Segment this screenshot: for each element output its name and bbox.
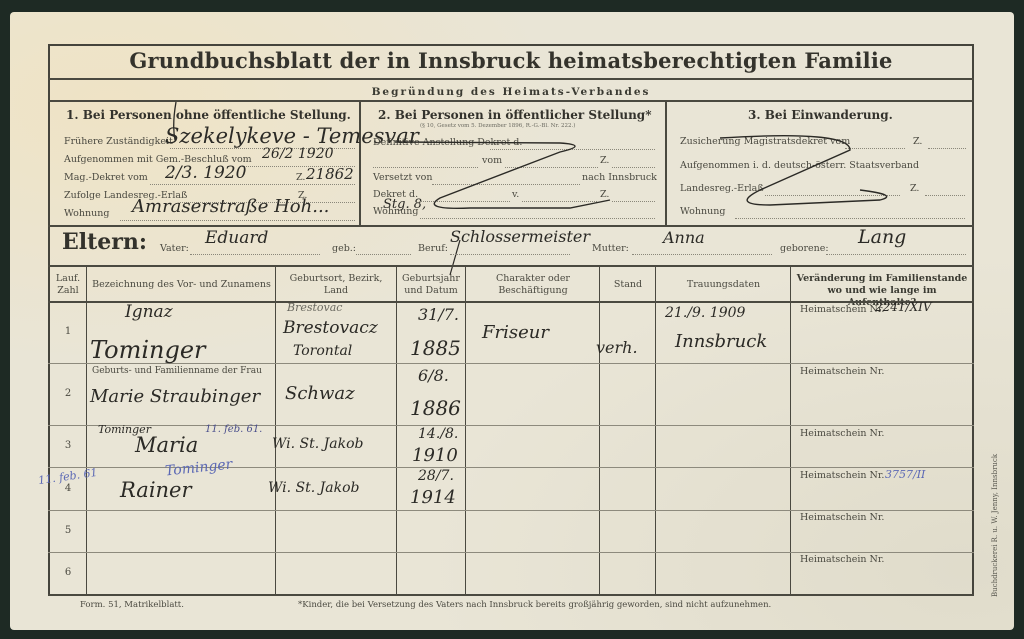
father-value: Eduard bbox=[205, 228, 268, 248]
born-label: geb.: bbox=[332, 243, 356, 254]
row1-last-name: Tominger bbox=[90, 336, 206, 364]
column-line bbox=[599, 267, 600, 595]
printer-imprint: Buchdruckerei R. u. W. Jenny, Innsbruck bbox=[985, 470, 997, 600]
row1-heimatschein-nr: 2241/XIV bbox=[875, 300, 932, 314]
row-line bbox=[48, 425, 974, 426]
header-divider bbox=[48, 301, 974, 303]
row1-year: 1885 bbox=[410, 336, 461, 360]
occupation-value: Schlossermeister bbox=[450, 227, 590, 246]
divider bbox=[48, 265, 974, 267]
dotted-line bbox=[826, 254, 966, 255]
form-number: Form. 51, Matrikelblatt. bbox=[80, 600, 184, 610]
row1-birthplace: Brestovacz bbox=[283, 318, 378, 338]
heimatschein-label: Heimatschein Nr. bbox=[800, 304, 884, 315]
row1-occupation: Friseur bbox=[482, 322, 549, 343]
row4-name: Rainer bbox=[120, 478, 192, 502]
row-line bbox=[48, 552, 974, 553]
row-number: 3 bbox=[53, 440, 83, 451]
maiden-value: Lang bbox=[858, 226, 906, 248]
row1-status: verh. bbox=[596, 338, 638, 357]
row2-birthplace: Schwaz bbox=[285, 383, 355, 404]
heimatschein-label: Heimatschein Nr. bbox=[800, 428, 884, 439]
dotted-line bbox=[450, 254, 570, 255]
column-line bbox=[465, 267, 466, 595]
dotted-line bbox=[356, 254, 411, 255]
row-number: 4 bbox=[53, 483, 83, 494]
column-line bbox=[275, 267, 276, 595]
row3-year: 1910 bbox=[412, 445, 458, 466]
row3-date-note: 11. feb. 61. bbox=[205, 424, 262, 435]
column-header-number: Lauf. Zahl bbox=[50, 273, 86, 297]
row1-first-name: Ignaz bbox=[125, 302, 173, 322]
heimatschein-label: Heimatschein Nr. bbox=[800, 470, 884, 481]
row3-name: Maria bbox=[135, 433, 198, 457]
column-header-name: Bezeichnung des Vor- und Zunamens bbox=[88, 279, 275, 291]
column-header-wedding: Trauungsdaten bbox=[657, 279, 790, 291]
row-number: 2 bbox=[53, 388, 83, 399]
row1-wedding-date: 21./9. 1909 bbox=[665, 305, 745, 321]
row2-year: 1886 bbox=[410, 396, 461, 420]
column-header-status: Stand bbox=[601, 279, 655, 291]
parents-heading: Eltern: bbox=[62, 229, 147, 255]
row-number: 5 bbox=[53, 525, 83, 536]
row2-name: Marie Straubinger bbox=[90, 386, 260, 407]
column-line bbox=[86, 267, 87, 595]
row-number: 1 bbox=[53, 326, 83, 337]
row1-date: 31/7. bbox=[418, 305, 459, 324]
column-line bbox=[655, 267, 656, 595]
heimatschein-label: Heimatschein Nr. bbox=[800, 512, 884, 523]
footnote: *Kinder, die bei Versetzung des Vaters n… bbox=[298, 600, 771, 610]
father-label: Vater: bbox=[160, 243, 189, 254]
dotted-line bbox=[632, 254, 772, 255]
mother-value: Anna bbox=[663, 228, 705, 247]
column-header-birthdate: Geburtsjahr und Datum bbox=[398, 273, 464, 297]
printer-text: Buchdruckerei R. u. W. Jenny, Innsbruck bbox=[991, 467, 999, 597]
row3-birthplace: Wi. St. Jakob bbox=[272, 436, 363, 452]
mother-label: Mutter: bbox=[592, 243, 629, 254]
column-line bbox=[396, 267, 397, 595]
row4-heimatschein-nr: 3757/II bbox=[885, 468, 925, 481]
row-number: 6 bbox=[53, 567, 83, 578]
wife-label: Geburts- und Familienname der Frau bbox=[92, 366, 262, 376]
maiden-label: geborene: bbox=[780, 243, 829, 254]
occupation-label: Beruf: bbox=[418, 243, 448, 254]
heimatschein-label: Heimatschein Nr. bbox=[800, 366, 884, 377]
row2-date: 6/8. bbox=[418, 366, 449, 385]
row-line bbox=[48, 510, 974, 511]
column-line bbox=[790, 267, 791, 595]
dotted-line bbox=[190, 254, 320, 255]
row4-year: 1914 bbox=[410, 487, 456, 508]
row4-birthplace: Wi. St. Jakob bbox=[268, 480, 359, 496]
row1-region: Torontal bbox=[293, 343, 352, 359]
row-line bbox=[48, 594, 974, 596]
row1-birthplace-note: Brestovac bbox=[287, 301, 342, 314]
column-header-birthplace: Geburtsort, Bezirk, Land bbox=[280, 273, 392, 297]
row4-date: 28/7. bbox=[418, 468, 454, 484]
row1-wedding-place: Innsbruck bbox=[675, 331, 767, 352]
row3-date: 14./8. bbox=[418, 426, 458, 442]
heimatschein-label: Heimatschein Nr. bbox=[800, 554, 884, 565]
column-header-occupation: Charakter oder Beschäftigung bbox=[470, 273, 596, 297]
